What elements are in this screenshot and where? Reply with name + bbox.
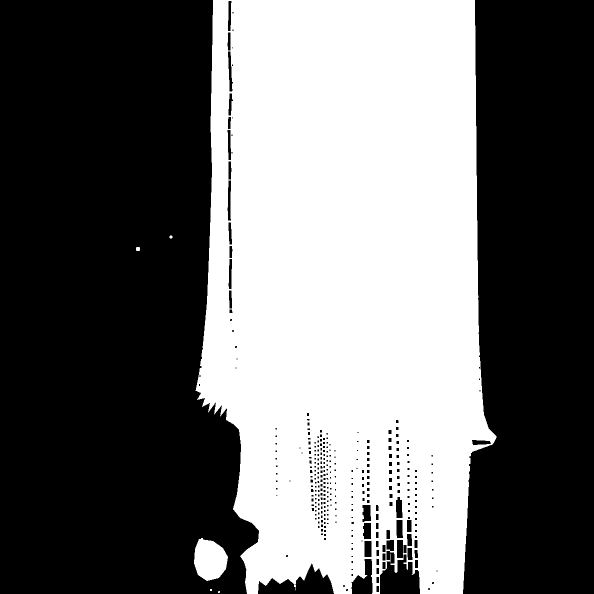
right-dark-mass (464, 0, 594, 594)
thresholded-photo-canvas (0, 0, 594, 594)
binarized-photo (0, 0, 594, 594)
